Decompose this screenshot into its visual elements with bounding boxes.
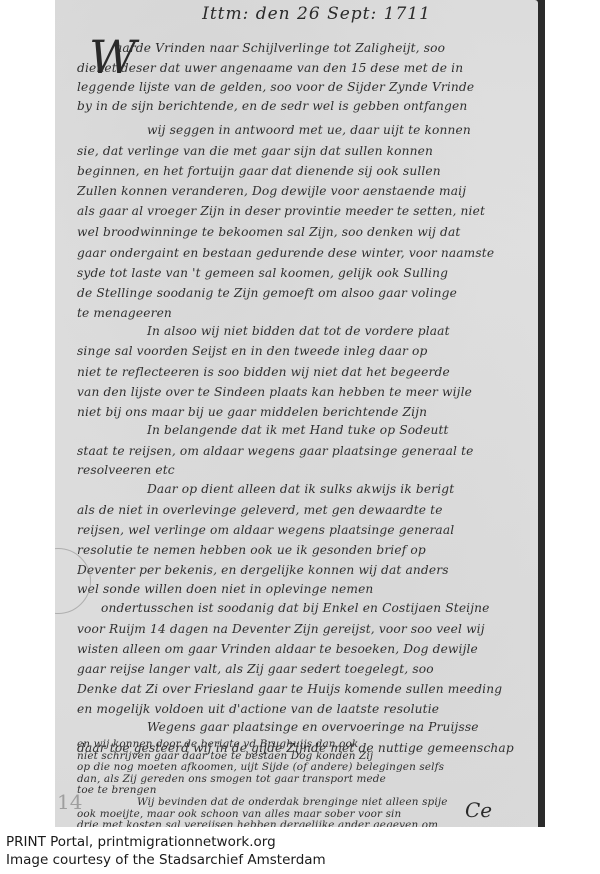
manuscript-line: reijsen, wel verlinge om aldaar wegens p… xyxy=(77,522,530,538)
manuscript-line: sie, dat verlinge van die met gaar sijn … xyxy=(77,143,530,159)
manuscript-line: dienet deser dat uwer angenaame van den … xyxy=(77,60,530,76)
manuscript-line: beginnen, en het fortuijn gaar dat diene… xyxy=(77,163,530,179)
manuscript-line: en wij konnen door de berigte vd Brughui… xyxy=(77,738,530,750)
manuscript-line: by in de sijn berichtende, en de sedr we… xyxy=(77,98,530,114)
manuscript-line: Wij bevinden dat de onderdak brenginge n… xyxy=(77,796,530,808)
manuscript-line: ook moeijte, maar ook schoon van alles m… xyxy=(77,808,530,820)
credit-archive: Image courtesy of the Stadsarchief Amste… xyxy=(6,851,326,869)
manuscript-line: van den lijste over te Sindeen plaats ka… xyxy=(77,384,530,400)
manuscript-line: staat te reijsen, om aldaar wegens gaar … xyxy=(77,443,530,459)
manuscript-line: wij seggen in antwoord met ue, daar uijt… xyxy=(77,122,530,138)
manuscript-line: gaar reijse langer valt, als Zij gaar se… xyxy=(77,661,530,677)
folio-number: 14 xyxy=(57,790,82,814)
manuscript-line: als de niet in overlevinge geleverd, met… xyxy=(77,502,530,518)
credit-portal: PRINT Portal, printmigrationnetwork.org xyxy=(6,833,326,851)
manuscript-line: singe sal voorden Seijst en in den tweed… xyxy=(77,343,530,359)
manuscript-line: wisten alleen om gaar Vrinden aldaar te … xyxy=(77,641,530,657)
manuscript-line: Denke dat Zi over Friesland gaar te Huij… xyxy=(77,681,530,697)
signature: Ce xyxy=(465,798,492,822)
image-credits: PRINT Portal, printmigrationnetwork.org … xyxy=(6,833,326,869)
manuscript-line: niet bij ons maar bij ue gaar middelen b… xyxy=(77,404,530,420)
manuscript-line: wel broodwinninge te bekoomen sal Zijn, … xyxy=(77,224,530,240)
manuscript-line: ondertusschen ist soodanig dat bij Enkel… xyxy=(77,600,530,616)
manuscript-line: niet te reflecteeren is soo bidden wij n… xyxy=(77,364,530,380)
manuscript-line: In belangende dat ik met Hand tuke op So… xyxy=(77,422,530,438)
manuscript-line: gaar ondergaint en bestaan gedurende des… xyxy=(77,245,530,261)
manuscript-line: en mogelijk voldoen uit d'actione van de… xyxy=(77,701,530,717)
manuscript-line: niet schrijven gaar daar toe te bestaen … xyxy=(77,750,530,762)
document-date-header: Ittm: den 26 Sept: 1711 xyxy=(55,4,538,24)
manuscript-line: toe te brengen xyxy=(77,784,530,796)
manuscript-line: resolveeren etc xyxy=(77,462,530,478)
manuscript-line: syde tot laste van 't gemeen sal koomen,… xyxy=(77,265,530,281)
manuscript-line: resolutie te nemen hebben ook ue ik geso… xyxy=(77,542,530,558)
manuscript-line: wel sonde willen doen niet in oplevinge … xyxy=(77,581,530,597)
manuscript-line: aarde Vrinden naar Schijlverlinge tot Za… xyxy=(77,40,530,56)
manuscript-page: Ittm: den 26 Sept: 1711 W aarde Vrinden … xyxy=(55,0,538,827)
manuscript-line: Deventer per bekenis, en dergelijke konn… xyxy=(77,562,530,578)
manuscript-line: Daar op dient alleen dat ik sulks akwijs… xyxy=(77,481,530,497)
document-scan: Ittm: den 26 Sept: 1711 W aarde Vrinden … xyxy=(55,0,545,827)
manuscript-line: drie met kosten sal vereijsen hebben der… xyxy=(77,819,530,827)
manuscript-line: als gaar al vroeger Zijn in deser provin… xyxy=(77,203,530,219)
manuscript-line: op die nog moeten afkoomen, uijt Sijde (… xyxy=(77,761,530,773)
manuscript-line: Zullen konnen veranderen, Dog dewijle vo… xyxy=(77,183,530,199)
manuscript-line: leggende lijste van de gelden, soo voor … xyxy=(77,79,530,95)
manuscript-line: de Stellinge soodanig te Zijn gemoeft om… xyxy=(77,285,530,301)
manuscript-line: Wegens gaar plaatsinge en overvoeringe n… xyxy=(77,719,530,735)
manuscript-line: voor Ruijm 14 dagen na Deventer Zijn ger… xyxy=(77,621,530,637)
manuscript-line: In alsoo wij niet bidden dat tot de vord… xyxy=(77,323,530,339)
manuscript-line: te menageeren xyxy=(77,305,530,321)
manuscript-line: dan, als Zij gereden ons smogen tot gaar… xyxy=(77,773,530,785)
